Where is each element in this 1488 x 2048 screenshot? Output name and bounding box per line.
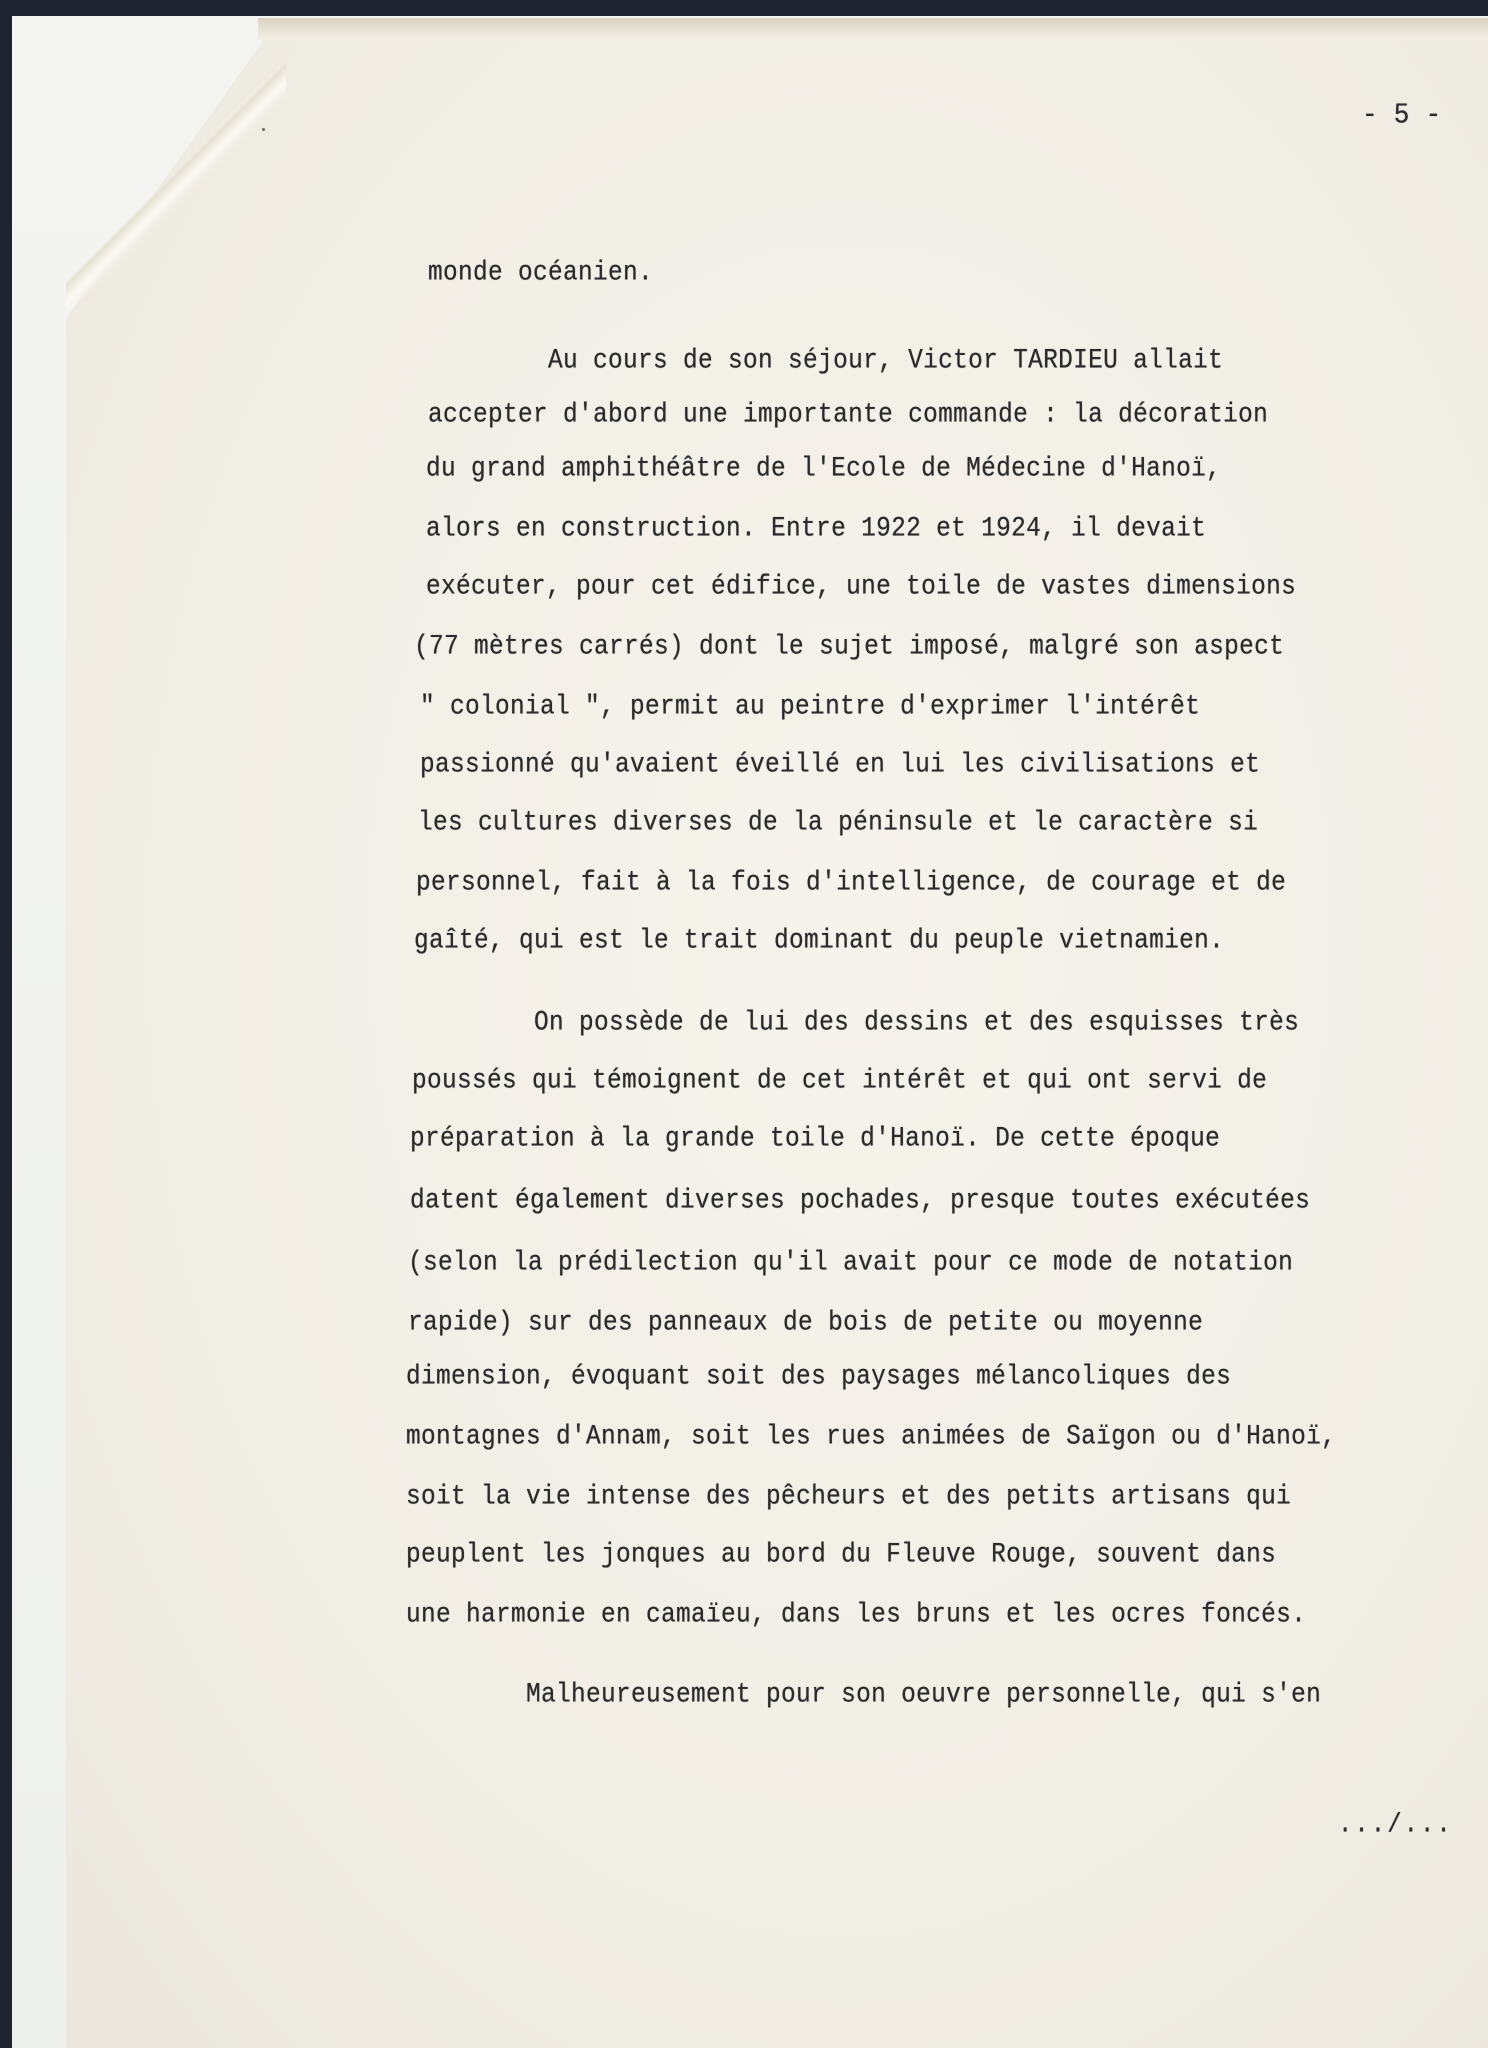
text-line: (selon la prédilection qu'il avait pour …	[408, 1248, 1293, 1278]
text-line: montagnes d'Annam, soit les rues animées…	[406, 1422, 1336, 1452]
text-line: du grand amphithéâtre de l'Ecole de Méde…	[426, 454, 1221, 484]
folded-corner	[66, 36, 286, 326]
text-line: les cultures diverses de la péninsule et…	[418, 808, 1258, 838]
paper-speck	[262, 128, 265, 131]
text-line: alors en construction. Entre 1922 et 192…	[426, 514, 1206, 544]
text-line: On possède de lui des dessins et des esq…	[414, 1008, 1299, 1038]
text-line: rapide) sur des panneaux de bois de peti…	[408, 1308, 1203, 1338]
page-top-edge	[258, 18, 1488, 40]
text-line: accepter d'abord une importante commande…	[428, 400, 1268, 430]
text-line: Malheureusement pour son oeuvre personne…	[406, 1680, 1321, 1710]
text-line: monde océanien.	[428, 258, 653, 288]
text-line: Au cours de son séjour, Victor TARDIEU a…	[428, 346, 1223, 376]
text-line: une harmonie en camaïeu, dans les bruns …	[406, 1600, 1306, 1630]
text-line: passionné qu'avaient éveillé en lui les …	[420, 750, 1260, 780]
text-line: préparation à la grande toile d'Hanoï. D…	[410, 1124, 1220, 1154]
continuation-mark: .../...	[1338, 1810, 1453, 1840]
text-line: gaîté, qui est le trait dominant du peup…	[414, 926, 1224, 956]
text-line: dimension, évoquant soit des paysages mé…	[406, 1362, 1231, 1392]
text-line: personnel, fait à la fois d'intelligence…	[416, 868, 1286, 898]
page-number: - 5 -	[1362, 98, 1442, 132]
text-line: soit la vie intense des pêcheurs et des …	[406, 1482, 1291, 1512]
text-line: " colonial ", permit au peintre d'exprim…	[420, 692, 1200, 722]
text-line: datent également diverses pochades, pres…	[410, 1186, 1310, 1216]
text-line: exécuter, pour cet édifice, une toile de…	[426, 572, 1296, 602]
text-line: poussés qui témoignent de cet intérêt et…	[412, 1066, 1267, 1096]
text-line: (77 mètres carrés) dont le sujet imposé,…	[414, 632, 1284, 662]
text-line: peuplent les jonques au bord du Fleuve R…	[406, 1540, 1276, 1570]
